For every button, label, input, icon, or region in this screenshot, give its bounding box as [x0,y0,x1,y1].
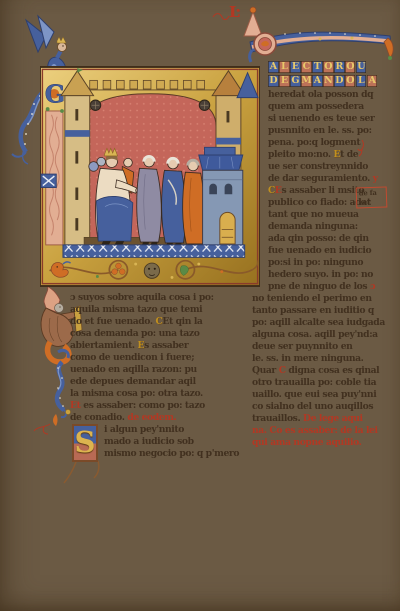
leaf-terminal-icon [384,38,393,58]
text-segment: Et [70,400,80,411]
miniature-homage-scene: G [40,62,260,291]
text-line: tant que no mueua [252,209,392,221]
initial-descender-icon [64,461,99,483]
folio-flourish-icon [213,14,229,20]
display-capital: O [323,61,334,73]
text-segment: pleito mo:no. [268,149,334,160]
text-segment: Quar [252,365,279,376]
text-line: pne de ninguo de los ɔ [252,281,392,293]
text-segment: demanda ninguna: [268,221,358,232]
text-segment: y [370,173,378,184]
text-segment: alguna cosa. aqill pey'nd:a [252,329,378,340]
text-segment: es assaber: como po: tazo [80,400,204,411]
text-segment: como de uendicon i fuere; [70,352,194,363]
rosette-window-icon [90,100,101,111]
text-segment: uaillo. que eui sea puy'nni [252,389,376,400]
text-segment: ue ser constreynnido [268,161,368,172]
display-capital: A [268,61,279,73]
display-capital: L [356,75,367,87]
text-segment: qui ama nopne aquilio. [252,437,361,448]
x-ornament-icon [41,174,56,187]
x-pattern-band [63,245,245,257]
display-capitals-line: DEGMANDOLA [252,75,392,88]
text-segment: pena. po:q logment [268,137,360,148]
text-line: pena. po:q logment [252,137,392,149]
text-segment: quem am possedera [268,101,364,112]
text-line: abiertamient. Es assaber [70,340,242,352]
display-capital: L [279,61,290,73]
text-segment: uenado en aqilla razon: pu [70,364,197,375]
left-tower [61,68,94,245]
door-icon [220,212,235,244]
display-capital: C [301,61,312,73]
text-segment: C [268,185,275,196]
text-line: no teniendo el perimo en [252,293,392,305]
manuscript-page: G [0,0,400,611]
text-line: hedero suyo. in po: no [252,269,392,281]
display-capital: A [312,75,323,87]
text-segment: Et qin la [162,316,202,327]
text-segment: mado a iudicio sob [104,436,194,447]
text-line: pusnnito en le. ss. po: [252,125,392,137]
text-segment: pne de ninguo de los [268,281,367,292]
text-segment: si uenendo es teue ser [268,113,374,124]
text-segment: t de [340,149,358,160]
text-segment: de conadio. [70,412,127,423]
text-segment: tant que no mueua [268,209,359,220]
text-segment: na. Co es assaber: de la lei [252,425,378,436]
rosette-window-icon [199,100,210,111]
text-line: ada qin posso: de qin [252,233,392,245]
text-line: cosa demanda po: una tazo [70,328,242,340]
text-segment: ɔ [367,281,375,292]
text-line: qui ama nopne aquilio. [252,437,392,449]
text-segment: do et fue uenado. [70,316,155,327]
drop-cap-initial: S [72,424,98,462]
text-line: como de uendicon i fuere; [70,352,242,364]
text-segment: s assaber li msito [282,185,365,196]
marginal-gloss: de fa zer [356,186,388,208]
text-segment: i algun pey'nnito [104,424,184,435]
text-segment: fue uenado en iudicio [268,245,371,256]
display-capital: E [279,75,290,87]
mask-face-icon [144,263,159,278]
text-line: alguna cosa. aqill pey'nd:a [252,329,392,341]
text-segment: la misma cosa po: otra tazo. [70,388,203,399]
gloss-line: zer [359,197,384,206]
display-capital: U [356,61,367,73]
text-segment: le. ss. in mere ninguna. [252,353,363,364]
display-capital: N [323,75,334,87]
text-line: le. ss. in mere ninguna. [252,353,392,365]
text-segment: C [279,365,286,376]
display-capital: O [345,61,356,73]
text-line: ede depues demandar aqil [70,376,242,388]
text-segment: ada qin posso: de qin [268,233,369,244]
text-line: heredat ola posson dq [252,89,392,101]
text-segment: heredat ola posson dq [268,89,373,100]
text-line: de conadio. de eodem. [70,412,242,424]
text-segment: E [275,185,282,196]
display-capital: E [290,61,301,73]
text-segment: digna cosa es qinal [286,365,380,376]
text-line: ɔ suyos sobre aquila cosa i po: [70,292,242,304]
text-line: pleito mo:no. Et de [252,149,392,161]
text-segment: po: aqill alcalte sea iudgada [252,317,385,328]
text-line: na. Co es assaber: de la lei [252,425,392,437]
text-segment: s assaber [144,340,188,351]
right-text-column: ALECTOROUDEGMANDOLAheredat ola posson dq… [252,61,392,449]
text-line: do et fue uenado. CEt qin la [70,316,242,328]
text-line: co sialno del uno auqillos [252,401,392,413]
text-segment: tanto passare en iuditio q [252,305,374,316]
text-line: demanda ninguna: [252,221,392,233]
text-segment: deue ser puynnito en [252,341,352,352]
text-line: Quar C digna cosa es qinal [252,365,392,377]
display-capital: R [334,61,345,73]
text-segment: po:si in po: ninguno [268,257,363,268]
display-capitals-line: ALECTOROU [252,61,392,74]
text-line: tanto passare en iuditio q [252,305,392,317]
text-segment: trauaillos. [252,413,303,424]
text-segment: de dar seguramiento. [268,173,370,184]
text-line: quem am possedera [252,101,392,113]
text-line: otro trauailla po: coble tia [252,377,392,389]
folio-mark: Ŀ [229,3,240,21]
text-line: aquila misma tazo que temi [70,304,242,316]
frame-initial-G: G [45,80,65,113]
display-capital: A [367,75,378,87]
text-line: uaillo. que eui sea puy'nni [252,389,392,401]
vine-flourish-icon [34,424,50,434]
display-capital: D [268,75,279,87]
text-segment: hedero suyo. in po: no [268,269,373,280]
text-line: ue ser constreynnido [252,161,392,173]
text-segment: abiertamient. [70,340,138,351]
text-segment: aquila misma tazo que temi [70,304,202,315]
text-segment: mismo negocio po: q p'mero [104,448,239,459]
text-line: la misma cosa po: otra tazo. [70,388,242,400]
text-segment: co sialno del uno auqillos [252,401,373,412]
text-segment: ɔ suyos sobre aquila cosa i po: [70,292,214,303]
text-segment: otro trauailla po: coble tia [252,377,376,388]
text-segment: cosa demanda po: una tazo [70,328,199,339]
display-capital: G [290,75,301,87]
text-segment: ede depues demandar aqil [70,376,196,387]
display-capital: T [312,61,323,73]
window-icon [209,184,217,195]
window-icon [225,184,233,195]
display-capital: O [345,75,356,87]
text-segment: de eodem. [127,412,176,423]
text-line: de dar seguramiento. y [252,173,392,185]
display-capital: M [301,75,312,87]
text-line: po: aqill alcalte sea iudgada [252,317,392,329]
text-line: fue uenado en iudicio [252,245,392,257]
text-line: deue ser puynnito en [252,341,392,353]
text-segment: no teniendo el perimo en [252,293,372,304]
top-border-bar [244,7,393,62]
text-segment: pusnnito en le. ss. po: [268,125,372,136]
text-line: si uenendo es teue ser [252,113,392,125]
display-capital: D [334,75,345,87]
text-line: uenado en aqilla razon: pu [70,364,242,376]
text-line: trauaillos. De lege aqui [252,413,392,425]
text-segment: De lege aqui [303,413,363,424]
text-line: Et es assaber: como po: tazo [70,400,242,412]
text-line: po:si in po: ninguno [252,257,392,269]
building [199,147,243,245]
